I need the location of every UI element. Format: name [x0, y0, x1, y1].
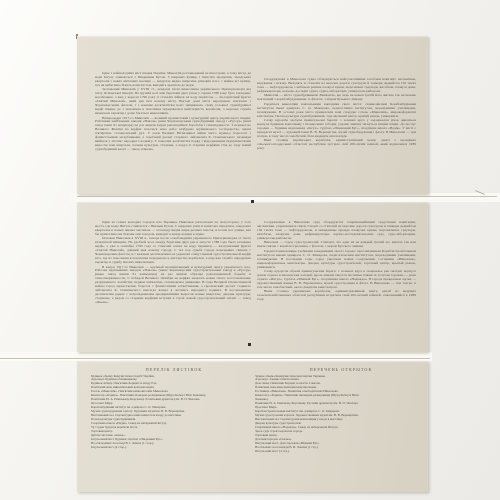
russian-text-column-right: Сооружаемые в Николаеве суда оборудуются… — [257, 221, 416, 303]
panel-postcard-lists: ПЕРЕЛІК ЛИСТІВОК Будинок обкому Комуніст… — [77, 361, 428, 492]
paragraph: Напередодні 1917-го Миколаїв — великий п… — [95, 117, 251, 152]
ukrainian-text-column-right: Споруджувані в Миколаєві судна обладнуют… — [257, 78, 416, 152]
paragraph: Гордятся николаевцы учебными заведениями… — [257, 250, 416, 270]
list-item: Інгульський міст (4 стор.). — [91, 446, 257, 450]
paragraph: Ныне столица украинских корабелов, админ… — [257, 290, 416, 302]
paragraph: Один из самых молодых городов юга Украин… — [95, 221, 251, 237]
postcard-list-russian: ПЕРЕЧЕНЬ ОТКРЫТОК Здание обкома Коммунис… — [255, 367, 427, 454]
panel-russian-text: Один из самых молодых городов юга Украин… — [77, 202, 428, 352]
list-title-ukrainian: ПЕРЕЛІК ЛИСТІВОК — [91, 367, 257, 372]
list-item: Ингульский мост (4 стр.). — [255, 450, 427, 454]
registration-dot-1 — [251, 200, 254, 203]
panel-ukrainian-text: Одне з наймолодших міст півдня України, … — [77, 36, 428, 194]
fold-line-1 — [77, 196, 497, 197]
paragraph: Заснований Миколаїв у XVIII ст., невдовз… — [95, 88, 251, 116]
list-items-ukrainian: Будинок обкому Комуністичної партії Укра… — [91, 375, 257, 450]
postcard-list-ukrainian: ПЕРЕЛІК ЛИСТІВОК Будинок обкому Комуніст… — [91, 367, 257, 450]
paragraph: Славу курортів здобули приінгульські бер… — [257, 119, 416, 139]
paragraph: Споруджувані в Миколаєві судна обладнуют… — [257, 78, 416, 94]
paragraph: Основан Николаев в XVIII в., вскоре посл… — [95, 237, 251, 265]
list-items-russian: Здание обкома Коммунистической партии Ук… — [255, 375, 427, 454]
paragraph: Николаев — город судостроителей. Считают… — [257, 241, 416, 249]
ukrainian-text-column-left: Одне з наймолодших міст півдня України, … — [95, 72, 251, 153]
fold-gap-band-2 — [0, 352, 432, 361]
paragraph: В канун 1917-го Николаев — крупный промы… — [95, 266, 251, 305]
paragraph: Сооружаемые в Николаеве суда оборудуются… — [257, 221, 416, 241]
paragraph: Нині столиця українських корабелів, адмі… — [257, 139, 416, 151]
scanned-postcard-insert: { "colors":{"bg":"#f3f2ee","paper":"#dfd… — [0, 0, 500, 500]
fold-gap-band-1 — [70, 193, 500, 202]
paragraph: Славу курортов обрели приингульские бере… — [257, 270, 416, 290]
registration-dot-2 — [248, 343, 251, 346]
fold-line-2 — [0, 358, 430, 359]
paragraph: Гордяться миколаївці навчальними заклада… — [257, 103, 416, 119]
paragraph: Одне з наймолодших міст півдня України, … — [95, 72, 251, 88]
list-title-russian: ПЕРЕЧЕНЬ ОТКРЫТОК — [255, 367, 427, 372]
russian-text-column-left: Один из самых молодых городов юга Украин… — [95, 221, 251, 305]
